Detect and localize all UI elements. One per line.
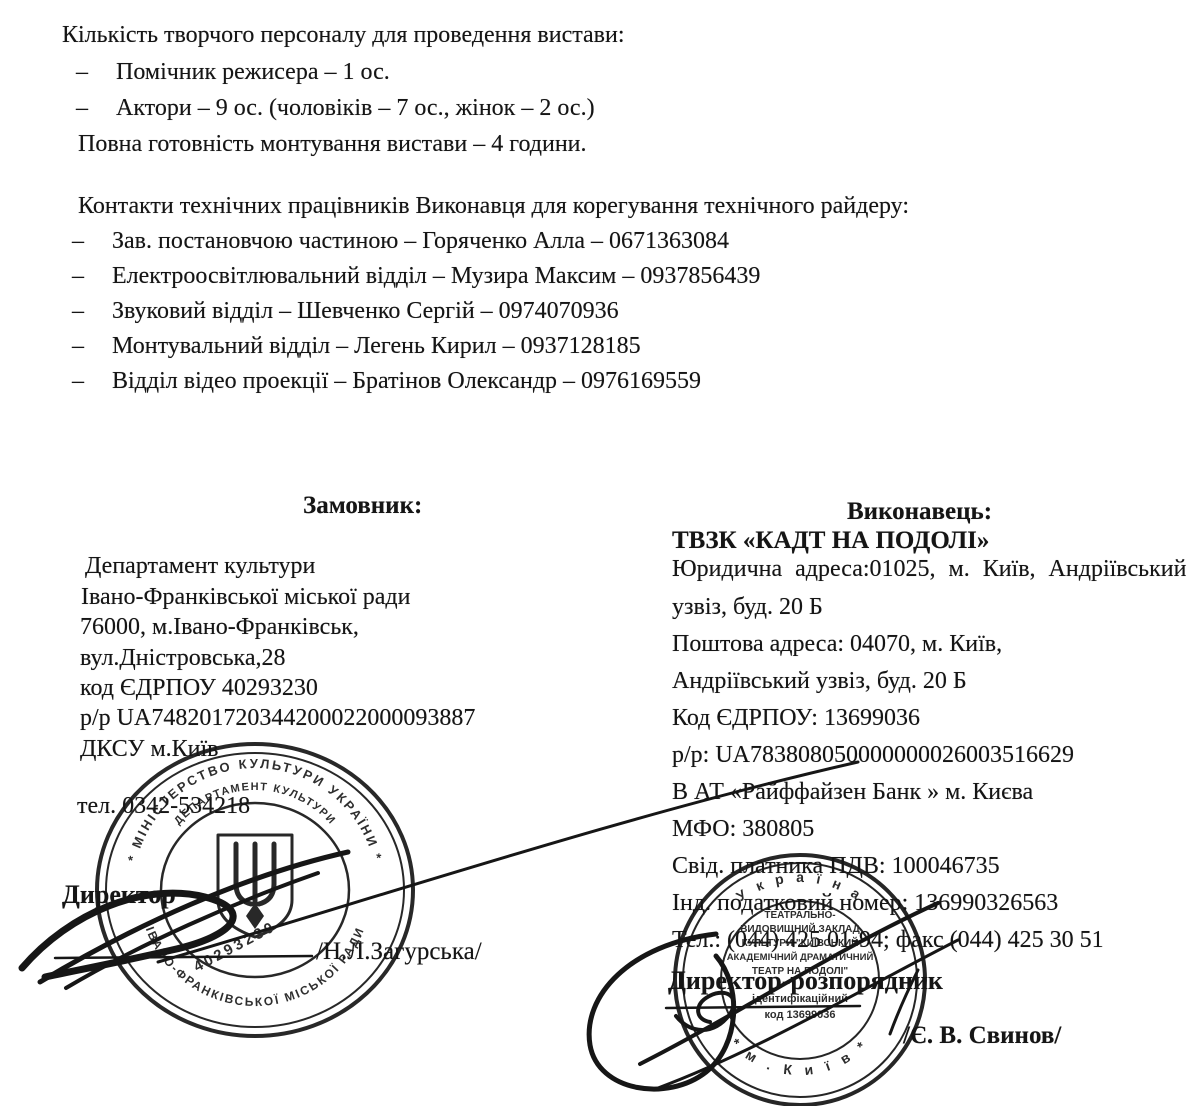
customer-signature-icon — [22, 762, 858, 988]
signatures-overlay — [0, 0, 1200, 1106]
executor-signature-icon — [589, 903, 958, 1089]
scanned-contract-page: { "personnel": { "title": "Кількість тво… — [0, 0, 1200, 1106]
